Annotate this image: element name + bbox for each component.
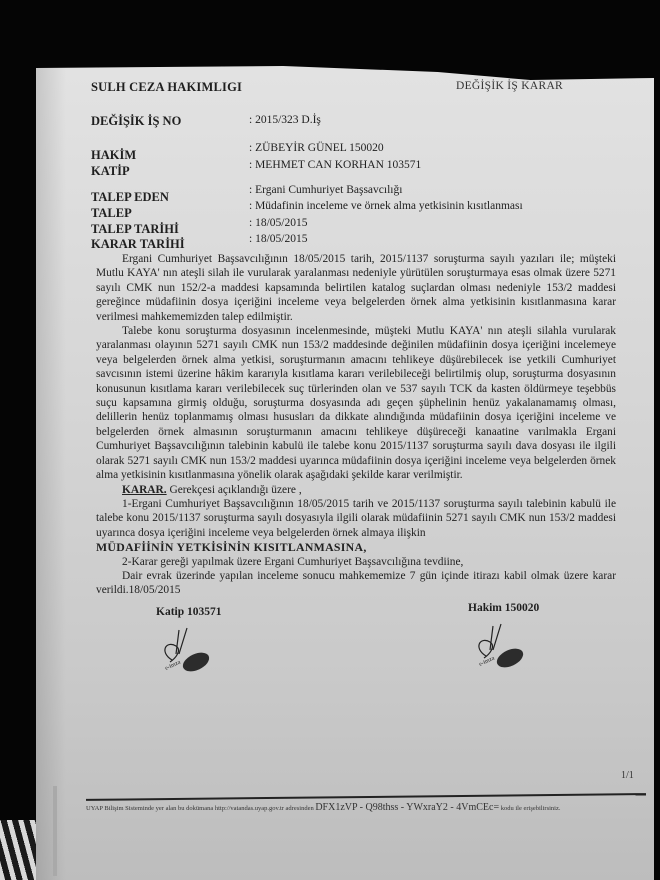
footer-suffix: kodu ile erişebilirsiniz.	[499, 805, 560, 812]
field-label-judge: HAKİM	[91, 148, 136, 163]
paragraph-karar-intro: KARAR. Gerekçesi açıklandığı üzere ,	[96, 483, 616, 497]
court-name: SULH CEZA HAKIMLIGI	[91, 80, 242, 95]
judge-e-signature-icon: e-imza	[468, 618, 538, 673]
page-number: 1/1	[621, 770, 634, 781]
restriction-ruling: MÜDAFİİNİN YETKİSİNİN KISITLANMASINA,	[96, 540, 616, 554]
binder-strip	[53, 786, 57, 876]
paragraph-closing: Dair evrak üzerinde yapılan inceleme son…	[96, 569, 616, 598]
field-value-request: : Müdafinin inceleme ve örnek alma yetki…	[249, 200, 523, 212]
karar-label: KARAR.	[122, 484, 167, 496]
clerk-e-signature-icon: e-imza	[154, 622, 224, 677]
decision-body: Ergani Cumhuriyet Başsavcılığının 18/05/…	[96, 252, 616, 598]
paragraph-request: Ergani Cumhuriyet Başsavcılığının 18/05/…	[96, 252, 616, 324]
field-value-judge: : ZÜBEYİR GÜNEL 150020	[249, 142, 384, 154]
footer-divider	[86, 793, 646, 801]
clerk-signature-title: Katip 103571	[156, 606, 222, 618]
field-label-request-date: TALEP TARİHİ	[91, 222, 179, 237]
field-value-case-no: : 2015/323 D.İş	[249, 114, 321, 126]
field-label-requester: TALEP EDEN	[91, 190, 169, 205]
svg-text:e-imza: e-imza	[478, 655, 496, 667]
footer-prefix: UYAP Bilişim Sisteminde yer alan bu dokü…	[86, 805, 315, 812]
uyap-footer: UYAP Bilişim Sisteminde yer alan bu dokü…	[86, 802, 656, 813]
field-label-request: TALEP	[91, 206, 132, 221]
judge-signature-title: Hakim 150020	[468, 602, 539, 614]
field-value-decision-date: : 18/05/2015	[249, 233, 307, 245]
field-label-case-no: DEĞİŞİK İŞ NO	[91, 114, 181, 129]
paragraph-reasoning: Talebe konu soruşturma dosyasının incele…	[96, 324, 616, 482]
field-label-decision-date: KARAR TARİHİ	[91, 237, 185, 252]
field-value-requester: : Ergani Cumhuriyet Başsavcılığı	[249, 184, 402, 196]
field-label-clerk: KATİP	[91, 164, 130, 179]
paragraph-item-2: 2-Karar gereği yapılmak üzere Ergani Cum…	[96, 555, 616, 569]
paragraph-item-1: 1-Ergani Cumhuriyet Başsavcılığının 18/0…	[96, 497, 616, 540]
karar-intro: Gerekçesi açıklandığı üzere ,	[167, 484, 302, 496]
svg-text:e-imza: e-imza	[164, 659, 182, 671]
field-value-clerk: : MEHMET CAN KORHAN 103571	[249, 159, 421, 171]
document-type: DEĞİŞİK İŞ KARAR	[456, 80, 563, 92]
court-decision-document: SULH CEZA HAKIMLIGI DEĞİŞİK İŞ KARAR DEĞ…	[36, 66, 654, 880]
field-value-request-date: : 18/05/2015	[249, 217, 307, 229]
verification-code: DFX1zVP - Q98thss - YWxraY2 - 4VmCEc=	[315, 802, 499, 813]
